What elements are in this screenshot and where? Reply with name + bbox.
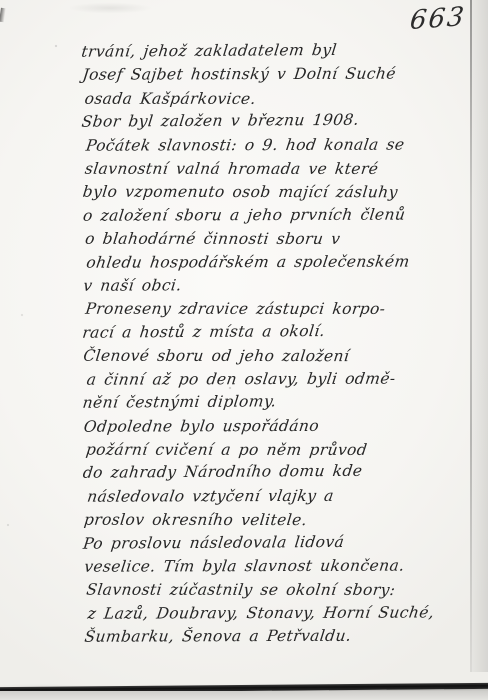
- handwritten-line: do zahrady Národního domu kde: [81, 459, 484, 485]
- handwritten-line: Sbor byl založen v březnu 1908.: [80, 108, 483, 134]
- handwritten-line: a činní až po den oslavy, byli odmě-: [85, 367, 488, 392]
- scanned-manuscript-page: 663 trvání, jehož zakladatelem byl Josef…: [0, 0, 488, 700]
- handwritten-line: o blahodárné činnosti sboru v: [84, 228, 487, 252]
- handwritten-line: rací a hostů z místa a okolí.: [81, 319, 484, 345]
- handwritten-line: proslov okresního velitele.: [83, 509, 485, 533]
- handwritten-line: slavnostní valná hromada ve které: [83, 158, 486, 182]
- handwritten-line: Slavnosti zúčastnily se okolní sbory:: [85, 579, 488, 603]
- handwritten-line: bylo vzpomenuto osob mající zásluhy: [82, 181, 484, 205]
- handwritten-line: veselice. Tím byla slavnost ukončena.: [83, 554, 486, 579]
- handwritten-line: trvání, jehož zakladatelem byl: [80, 38, 483, 64]
- scan-edge-below: [0, 691, 488, 700]
- handwritten-line: Členové sboru od jeho založení: [82, 345, 484, 369]
- handwritten-line: nění čestnými diplomy.: [81, 389, 484, 415]
- handwritten-line: z Lazů, Doubravy, Stonavy, Horní Suché,: [86, 601, 488, 626]
- handwritten-line: následovalo vztyčení vlajky a: [86, 484, 488, 509]
- handwritten-line: Odpoledne bylo uspořádáno: [82, 414, 485, 439]
- handwritten-line: ohledu hospodářském a společenském: [85, 250, 488, 275]
- page-number: 663: [409, 2, 468, 36]
- page-edge-shade: [472, 0, 488, 672]
- handwritten-line: Šumbarku, Šenova a Petřvaldu.: [83, 624, 486, 649]
- scan-artifact-nick: [0, 8, 6, 23]
- handwritten-line: Po proslovu následovala lidová: [82, 529, 485, 555]
- handwritten-line: v naší obci.: [82, 273, 485, 298]
- handwritten-line: o založení sboru a jeho prvních členů: [82, 203, 485, 228]
- handwritten-line: Počátek slavnosti: o 9. hod konala se: [84, 133, 487, 158]
- handwritten-text-block: trvání, jehož zakladatelem byl Josef Saj…: [81, 39, 483, 649]
- handwritten-line: Josef Sajbet hostinský v Dolní Suché: [81, 63, 484, 88]
